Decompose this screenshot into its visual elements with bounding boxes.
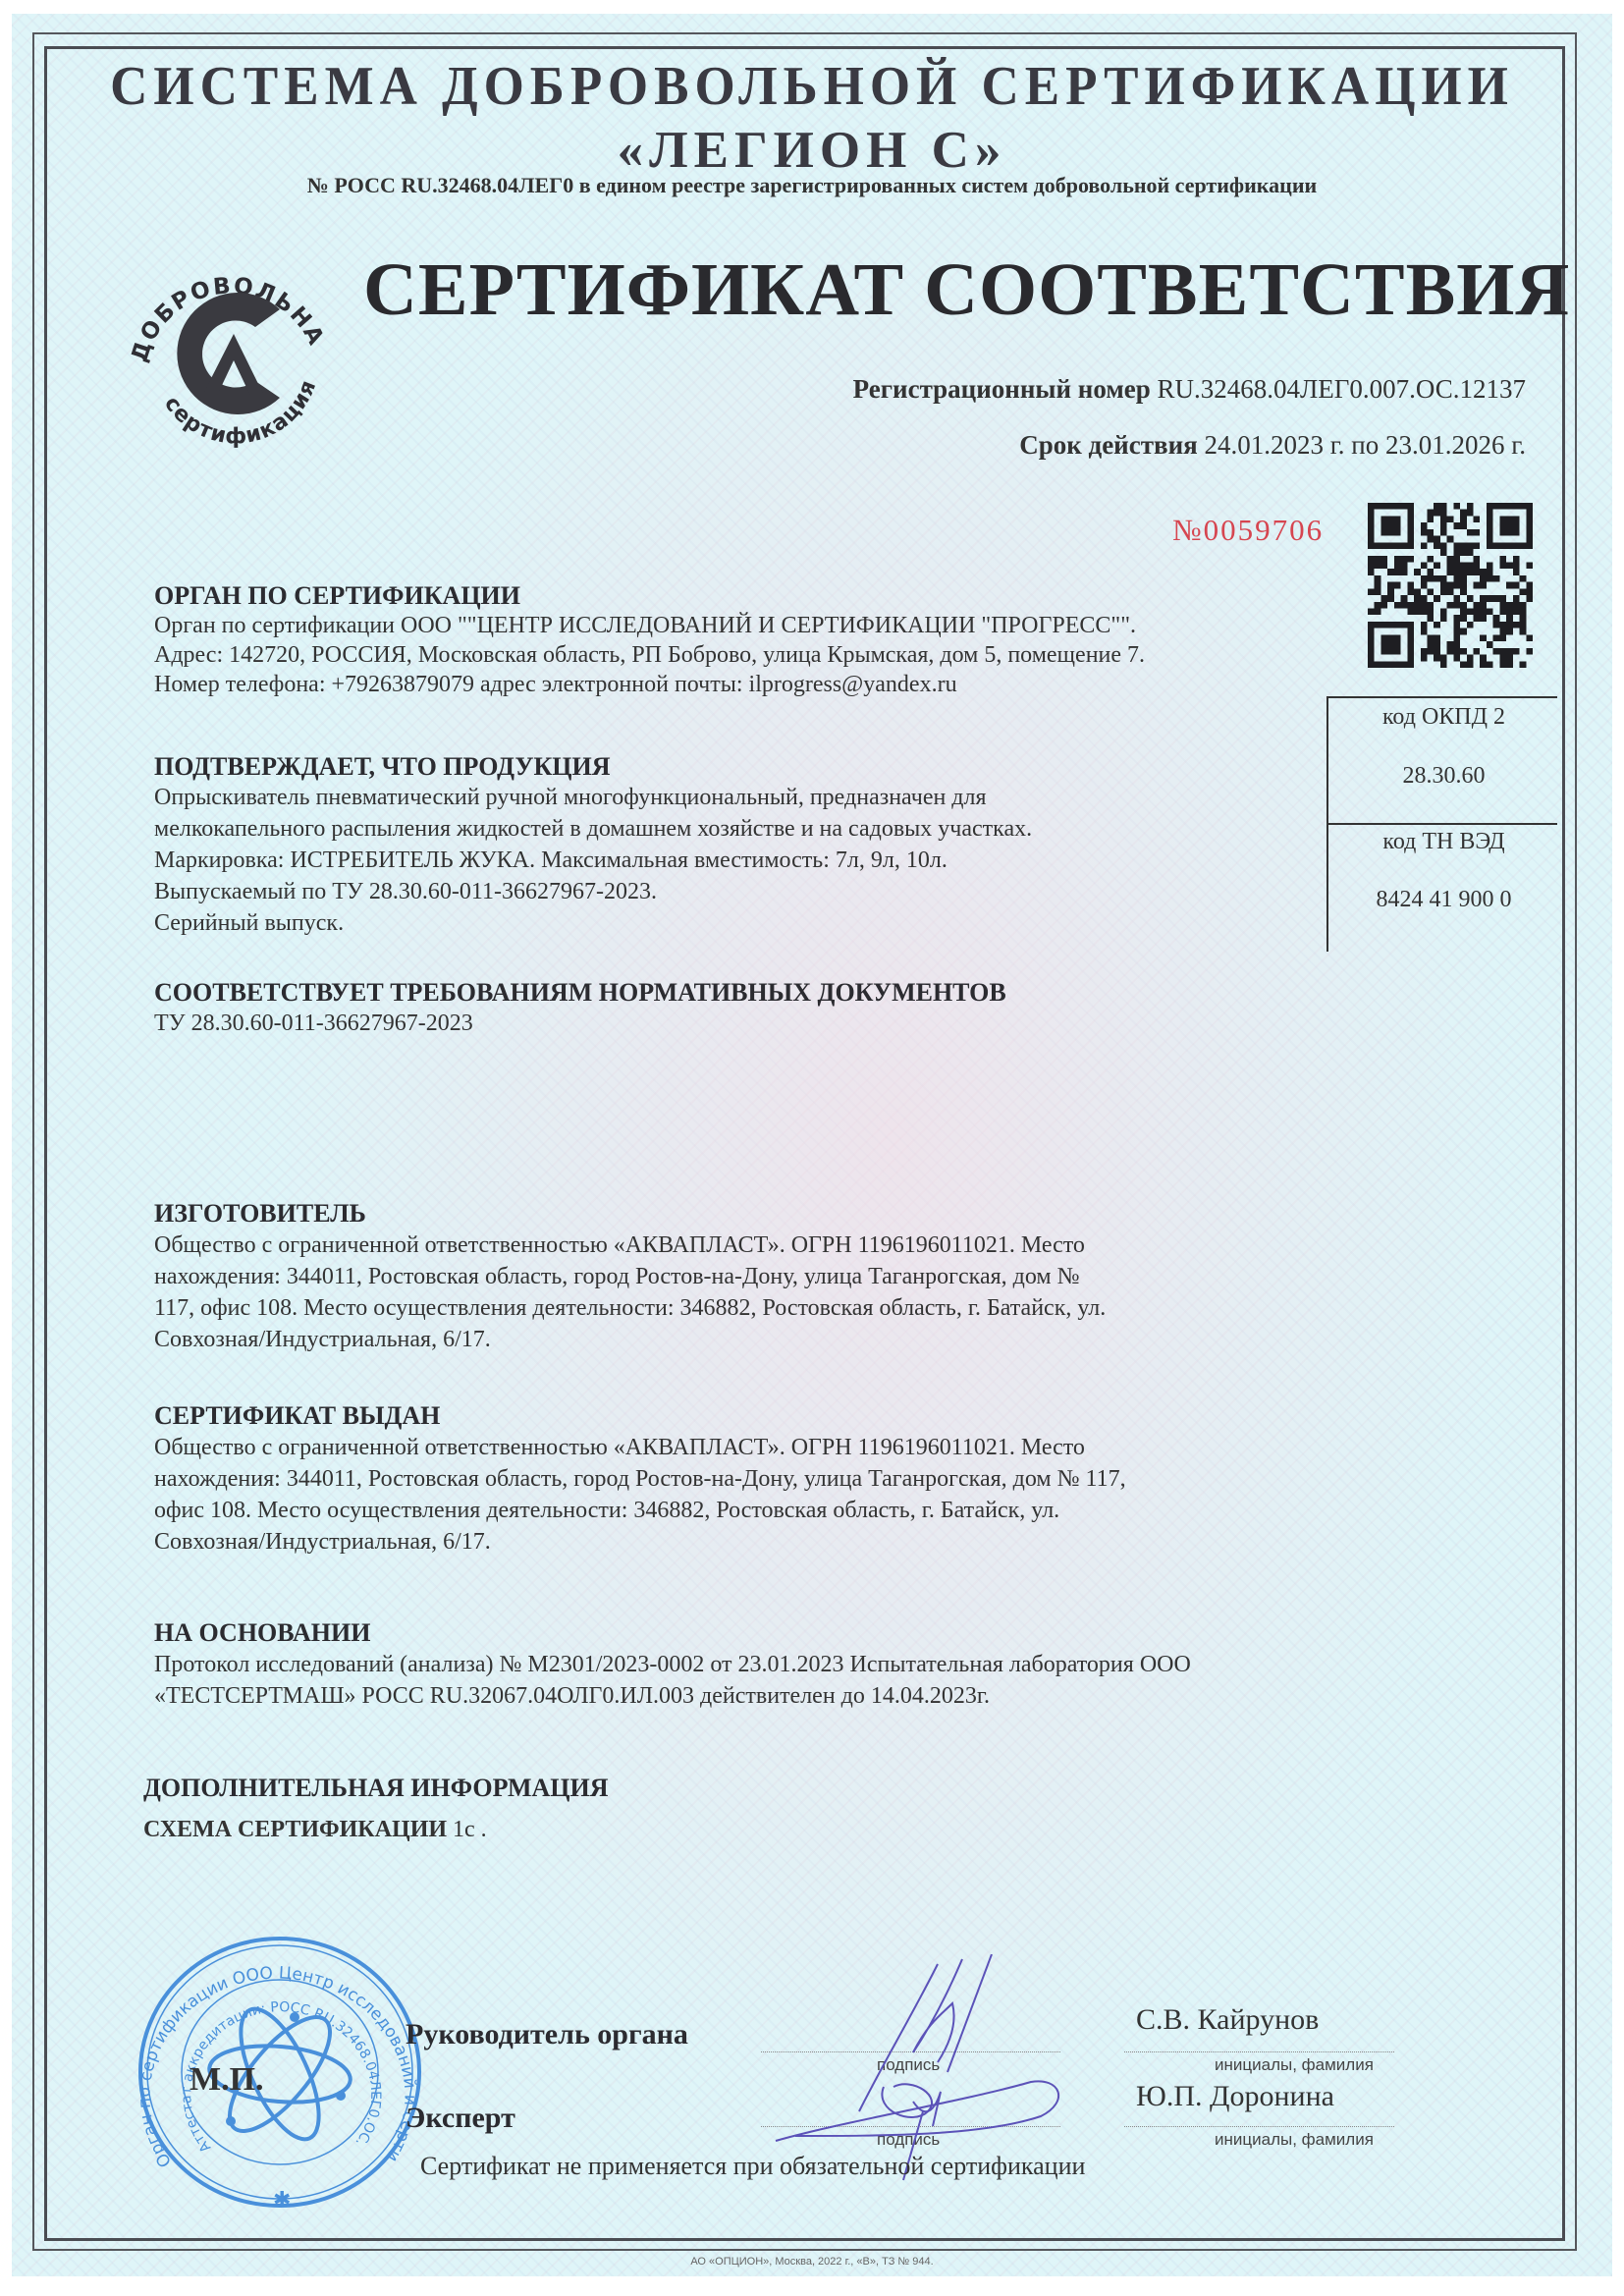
- certification-body-line: Номер телефона: +79263879079 адрес элект…: [154, 670, 957, 699]
- atom-seal-stamp-icon: Орган по сертификации ООО Центр исследов…: [133, 1927, 427, 2212]
- expert-label: Эксперт: [406, 2102, 515, 2135]
- tnved-label: код ТН ВЭД: [1328, 829, 1559, 855]
- product-heading: ПОДТВЕРЖДАЕТ, ЧТО ПРОДУКЦИЯ: [154, 752, 611, 782]
- qr-code-icon[interactable]: [1368, 503, 1533, 668]
- tnved-value: 8424 41 900 0: [1328, 887, 1559, 913]
- classification-codes-box: код ОКПД 2 28.30.60 код ТН ВЭД 8424 41 9…: [1326, 696, 1557, 952]
- certificate-note: Сертификат не применяется при обязательн…: [420, 2152, 1085, 2181]
- certification-body-line: Орган по сертификации ООО ""ЦЕНТР ИССЛЕД…: [154, 611, 1136, 640]
- printer-info: АО «ОПЦИОН», Москва, 2022 г., «В», ТЗ № …: [0, 2256, 1624, 2268]
- issued-to-line: Общество с ограниченной ответственностью…: [154, 1433, 1085, 1462]
- head-of-body-label: Руководитель органа: [406, 2018, 688, 2051]
- registration-value: RU.32468.04ЛЕГ0.007.ОС.12137: [1157, 374, 1526, 404]
- issued-to-line: офис 108. Место осуществления деятельнос…: [154, 1496, 1059, 1525]
- certification-body-heading: ОРГАН ПО СЕРТИФИКАЦИИ: [154, 581, 520, 611]
- product-line: Серийный выпуск.: [154, 908, 344, 938]
- issued-to-heading: СЕРТИФИКАТ ВЫДАН: [154, 1401, 440, 1431]
- voluntary-certification-logo-icon: ДОБРОВОЛЬНАЯ сертификация: [118, 241, 344, 457]
- system-name: «ЛЕГИОН С»: [0, 121, 1624, 180]
- validity-period: Срок действия 24.01.2023 г. по 23.01.202…: [1019, 430, 1526, 461]
- validity-value: 24.01.2023 г. по 23.01.2026 г.: [1204, 430, 1526, 460]
- manufacturer-line: 117, офис 108. Место осуществления деяте…: [154, 1293, 1106, 1323]
- registry-note: № РОСС RU.32468.04ЛЕГ0 в едином реестре …: [0, 173, 1624, 198]
- head-name: С.В. Кайрунов: [1136, 2003, 1319, 2037]
- scheme-value: 1с .: [453, 1817, 487, 1842]
- expert-name-caption: инициалы, фамилия: [1215, 2130, 1374, 2150]
- manufacturer-line: Совхозная/Индустриальная, 6/17.: [154, 1325, 491, 1354]
- conformity-line: ТУ 28.30.60-011-36627967-2023: [154, 1009, 473, 1038]
- stamp-place-label: М.П.: [189, 2061, 264, 2099]
- certificate-title: СЕРТИФИКАТ СООТВЕТСТВИЯ: [363, 247, 1570, 333]
- expert-name-line: [1124, 2126, 1394, 2127]
- conformity-heading: СООТВЕТСТВУЕТ ТРЕБОВАНИЯМ НОРМАТИВНЫХ ДО…: [154, 978, 1006, 1008]
- manufacturer-line: Общество с ограниченной ответственностью…: [154, 1230, 1085, 1260]
- okpd-label: код ОКПД 2: [1328, 704, 1559, 731]
- basis-line: «ТЕСТСЕРТМАШ» РОСС RU.32067.04ОЛГ0.ИЛ.00…: [154, 1681, 990, 1711]
- certification-body-line: Адрес: 142720, РОССИЯ, Московская област…: [154, 640, 1145, 670]
- manufacturer-line: нахождения: 344011, Ростовская область, …: [154, 1262, 1079, 1291]
- issued-to-line: нахождения: 344011, Ростовская область, …: [154, 1464, 1126, 1494]
- additional-info-heading: ДОПОЛНИТЕЛЬНАЯ ИНФОРМАЦИЯ: [143, 1774, 609, 1803]
- validity-label: Срок действия: [1019, 430, 1198, 460]
- product-line: Выпускаемый по ТУ 28.30.60-011-36627967-…: [154, 877, 657, 906]
- product-line: мелкокапельного распыления жидкостей в д…: [154, 814, 1032, 844]
- issued-to-line: Совхозная/Индустриальная, 6/17.: [154, 1527, 491, 1557]
- serial-number: №0059706: [1172, 513, 1324, 548]
- svg-text:Орган по сертификации ООО Цент: Орган по сертификации ООО Центр исследов…: [133, 1927, 420, 2170]
- basis-line: Протокол исследований (анализа) № М2301/…: [154, 1650, 1191, 1679]
- head-name-line: [1124, 2051, 1394, 2052]
- scheme-label: СХЕМА СЕРТИФИКАЦИИ: [143, 1817, 447, 1842]
- product-line: Маркировка: ИСТРЕБИТЕЛЬ ЖУКА. Максимальн…: [154, 846, 947, 875]
- basis-heading: НА ОСНОВАНИИ: [154, 1618, 370, 1648]
- codes-divider: [1328, 823, 1557, 825]
- system-title: СИСТЕМА ДОБРОВОЛЬНОЙ СЕРТИФИКАЦИИ: [0, 56, 1624, 118]
- okpd-value: 28.30.60: [1328, 763, 1559, 790]
- registration-number: Регистрационный номер RU.32468.04ЛЕГ0.00…: [853, 374, 1526, 405]
- svg-text:✱: ✱: [273, 2188, 291, 2212]
- head-name-caption: инициалы, фамилия: [1215, 2055, 1374, 2075]
- registration-label: Регистрационный номер: [853, 374, 1151, 404]
- stamp-outer-text: Орган по сертификации ООО Центр исследов…: [133, 1927, 420, 2170]
- expert-name: Ю.П. Доронина: [1136, 2080, 1334, 2113]
- product-line: Опрыскиватель пневматический ручной мног…: [154, 783, 987, 812]
- certification-scheme: СХЕМА СЕРТИФИКАЦИИ 1с .: [143, 1817, 487, 1843]
- manufacturer-heading: ИЗГОТОВИТЕЛЬ: [154, 1199, 366, 1229]
